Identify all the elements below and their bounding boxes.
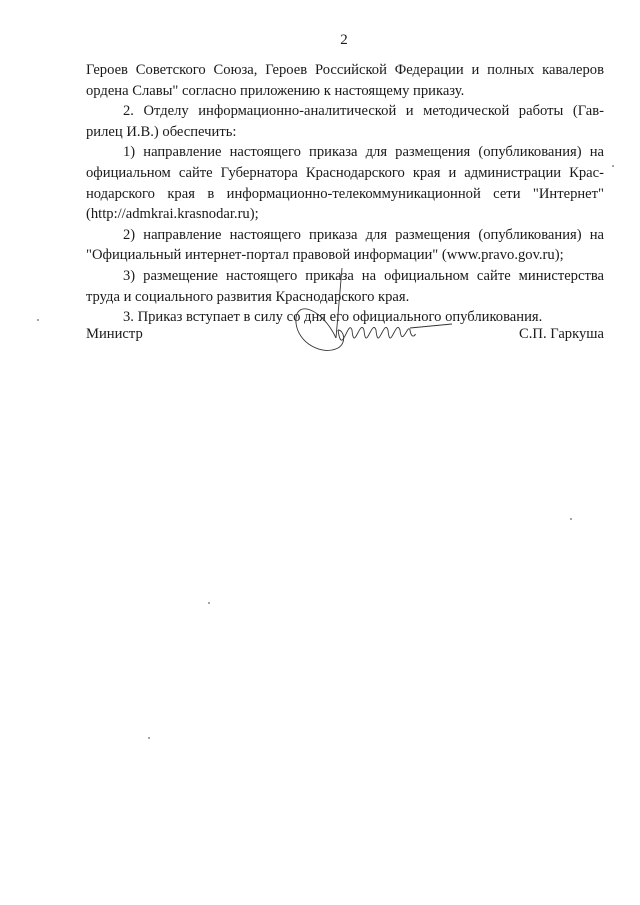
scan-speck	[148, 737, 150, 739]
text-line: рилец И.В.) обеспечить:	[86, 122, 604, 143]
text-line: (http://admkrai.krasnodar.ru);	[86, 204, 604, 225]
handwritten-signature-icon	[292, 268, 452, 368]
signatory-name: С.П. Гаркуша	[519, 326, 604, 343]
text-line: 2) направление настоящего приказа для ра…	[86, 225, 604, 246]
text-line: "Официальный интернет-портал правовой ин…	[86, 245, 604, 266]
signature-block: Министр С.П. Гаркуша	[86, 318, 604, 378]
paragraph-item-2-1: 1) направление настоящего приказа для ра…	[86, 142, 604, 224]
text-line: Героев Советского Союза, Героев Российск…	[86, 60, 604, 81]
text-line: 2. Отделу информационно-аналитической и …	[86, 101, 604, 122]
text-line: 1) направление настоящего приказа для ра…	[86, 142, 604, 163]
text-line: ордена Славы" согласно приложению к наст…	[86, 81, 604, 102]
text-line: нодарского края в информационно-телекомм…	[86, 184, 604, 205]
scan-speck	[570, 518, 572, 520]
paragraph-item-2: 2. Отделу информационно-аналитической и …	[86, 101, 604, 142]
signatory-title: Министр	[86, 326, 143, 343]
paragraph-continuation: Героев Советского Союза, Героев Российск…	[86, 60, 604, 101]
paragraph-item-2-2: 2) направление настоящего приказа для ра…	[86, 225, 604, 266]
page-number: 2	[24, 32, 640, 49]
scan-speck	[612, 165, 614, 167]
text-line: официальном сайте Губернатора Краснодарс…	[86, 163, 604, 184]
scan-speck	[208, 602, 210, 604]
scan-speck	[37, 319, 39, 321]
